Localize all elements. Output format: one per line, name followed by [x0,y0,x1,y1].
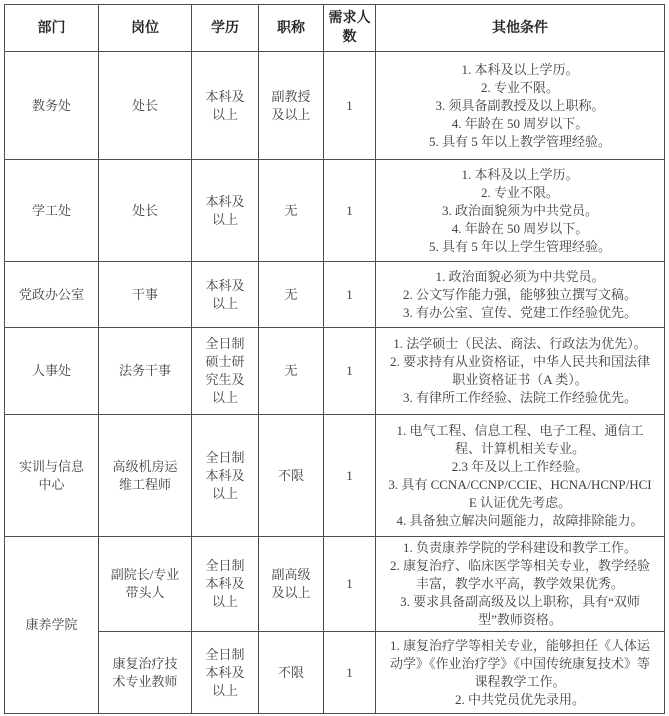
cell-headcount: 1 [324,52,376,160]
condition-line: 2. 专业不限。 [386,79,654,97]
cell-conditions: 1. 负责康养学院的学科建设和教学工作。 2. 康复治疗、临床医学等相关专业，教… [376,537,665,632]
cell-department: 实训与信息中心 [5,415,99,537]
condition-line: 3. 有办公室、宣传、党建工作经验优先。 [386,304,654,322]
table-row: 学工处 处长 本科及以上 无 1 1. 本科及以上学历。 2. 专业不限。 3.… [5,160,665,262]
cell-education: 本科及以上 [192,160,259,262]
condition-line: 2. 要求持有从业资格证，中华人民共和国法律职业资格证书（A 类）。 [386,353,654,389]
condition-line: 1. 法学硕士（民法、商法、行政法为优先）。 [386,335,654,353]
cell-headcount: 1 [324,632,376,714]
condition-line: 1. 本科及以上学历。 [386,61,654,79]
cell-position: 高级机房运维工程师 [99,415,192,537]
cell-conditions: 1. 康复治疗学等相关专业，能够担任《人体运动学》《作业治疗学》《中国传统康复技… [376,632,665,714]
recruitment-table: 部门 岗位 学历 职称 需求人数 其他条件 教务处 处长 本科及以上 副教授及以… [4,4,665,714]
condition-line: 2. 中共党员优先录用。 [386,691,654,709]
cell-position: 干事 [99,262,192,328]
condition-line: 3. 政治面貌须为中共党员。 [386,202,654,220]
cell-department: 教务处 [5,52,99,160]
condition-line: 3. 须具备副教授及以上职称。 [386,97,654,115]
cell-conditions: 1. 法学硕士（民法、商法、行政法为优先）。 2. 要求持有从业资格证，中华人民… [376,328,665,415]
cell-position: 处长 [99,160,192,262]
cell-department: 人事处 [5,328,99,415]
condition-line: 5. 具有 5 年以上学生管理经验。 [386,238,654,256]
cell-conditions: 1. 电气工程、信息工程、电子工程、通信工程、计算机相关专业。 2.3 年及以上… [376,415,665,537]
cell-title: 无 [259,160,324,262]
cell-headcount: 1 [324,415,376,537]
cell-conditions: 1. 本科及以上学历。 2. 专业不限。 3. 政治面貌须为中共党员。 4. 年… [376,160,665,262]
cell-department: 党政办公室 [5,262,99,328]
condition-line: 4. 年龄在 50 周岁以下。 [386,220,654,238]
condition-line: 1. 政治面貌必须为中共党员。 [386,268,654,286]
condition-line: 2. 公文写作能力强，能够独立撰写文稿。 [386,286,654,304]
cell-education: 全日制本科及以上 [192,415,259,537]
cell-title: 不限 [259,415,324,537]
cell-title: 副高级及以上 [259,537,324,632]
header-education: 学历 [192,5,259,52]
cell-headcount: 1 [324,262,376,328]
header-department: 部门 [5,5,99,52]
table-row: 党政办公室 干事 本科及以上 无 1 1. 政治面貌必须为中共党员。 2. 公文… [5,262,665,328]
condition-line: 3. 具有 CCNA/CCNP/CCIE、HCNA/HCNP/HCIE 认证优先… [386,476,654,512]
cell-title: 无 [259,262,324,328]
table-row: 实训与信息中心 高级机房运维工程师 全日制本科及以上 不限 1 1. 电气工程、… [5,415,665,537]
cell-title: 副教授及以上 [259,52,324,160]
cell-position: 法务干事 [99,328,192,415]
condition-line: 2. 专业不限。 [386,184,654,202]
cell-title: 不限 [259,632,324,714]
header-position: 岗位 [99,5,192,52]
table-row: 教务处 处长 本科及以上 副教授及以上 1 1. 本科及以上学历。 2. 专业不… [5,52,665,160]
recruitment-table-page: 部门 岗位 学历 职称 需求人数 其他条件 教务处 处长 本科及以上 副教授及以… [0,0,669,714]
cell-headcount: 1 [324,537,376,632]
condition-line: 4. 具备独立解决问题能力，故障排除能力。 [386,512,654,530]
cell-education: 全日制本科及以上 [192,537,259,632]
condition-line: 4. 年龄在 50 周岁以下。 [386,115,654,133]
cell-title: 无 [259,328,324,415]
cell-education: 全日制本科及以上 [192,632,259,714]
table-row: 康养学院 副院长/专业带头人 全日制本科及以上 副高级及以上 1 1. 负责康养… [5,537,665,632]
condition-line: 2. 康复治疗、临床医学等相关专业，教学经验丰富，教学水平高，教学效果优秀。 [386,557,654,593]
cell-position: 康复治疗技术专业教师 [99,632,192,714]
cell-education: 本科及以上 [192,262,259,328]
condition-line: 3. 要求具备副高级及以上职称，具有“双师型”教师资格。 [386,593,654,629]
cell-conditions: 1. 本科及以上学历。 2. 专业不限。 3. 须具备副教授及以上职称。 4. … [376,52,665,160]
header-other-conditions: 其他条件 [376,5,665,52]
header-row: 部门 岗位 学历 职称 需求人数 其他条件 [5,5,665,52]
cell-department: 学工处 [5,160,99,262]
cell-position: 处长 [99,52,192,160]
condition-line: 1. 电气工程、信息工程、电子工程、通信工程、计算机相关专业。 [386,422,654,458]
cell-department: 康养学院 [5,537,99,714]
table-row: 人事处 法务干事 全日制硕士研究生及以上 无 1 1. 法学硕士（民法、商法、行… [5,328,665,415]
condition-line: 1. 本科及以上学历。 [386,166,654,184]
table-row: 康复治疗技术专业教师 全日制本科及以上 不限 1 1. 康复治疗学等相关专业，能… [5,632,665,714]
condition-line: 3. 有律所工作经验、法院工作经验优先。 [386,389,654,407]
condition-line: 2.3 年及以上工作经验。 [386,458,654,476]
condition-line: 1. 负责康养学院的学科建设和教学工作。 [386,539,654,557]
condition-line: 1. 康复治疗学等相关专业，能够担任《人体运动学》《作业治疗学》《中国传统康复技… [386,637,654,691]
cell-education: 本科及以上 [192,52,259,160]
header-headcount: 需求人数 [324,5,376,52]
cell-conditions: 1. 政治面貌必须为中共党员。 2. 公文写作能力强，能够独立撰写文稿。 3. … [376,262,665,328]
header-title: 职称 [259,5,324,52]
cell-position: 副院长/专业带头人 [99,537,192,632]
condition-line: 5. 具有 5 年以上教学管理经验。 [386,133,654,151]
cell-education: 全日制硕士研究生及以上 [192,328,259,415]
cell-headcount: 1 [324,160,376,262]
cell-headcount: 1 [324,328,376,415]
